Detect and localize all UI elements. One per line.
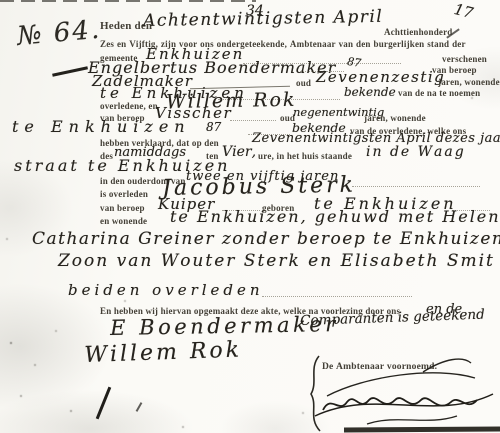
pen-slash-mark xyxy=(96,387,112,420)
hw-spouse-line: Catharina Greiner zonder beroep te Enkhu… xyxy=(32,231,500,248)
printed-is-overleden: is overleden xyxy=(100,190,148,199)
hw-deed-date: Achtentwintigsten April xyxy=(143,9,383,30)
hw-deceased-residence-spouse: te Enkhuizen, gehuwd met Helena xyxy=(170,209,500,225)
printed-overledene-en: overledene, en xyxy=(100,102,158,111)
hw-declarant1-relation: bekende xyxy=(344,86,396,98)
printed-achttienhonderd: Achttienhonderd xyxy=(384,28,453,37)
official-signature-upper-sweep xyxy=(327,373,475,396)
dotted-rule xyxy=(230,120,276,121)
pen-flourish-mark xyxy=(423,359,471,372)
official-signature-cross-stroke xyxy=(315,394,493,416)
signature-declarant2: Willem Rok xyxy=(84,339,242,366)
corner-pen-mark: 17 xyxy=(452,2,474,21)
hw-declarant2-residence: te Enkhuizen xyxy=(12,119,191,135)
printed-verschenen: verschenen xyxy=(442,55,487,64)
printed-van-beroep-3: van beroep xyxy=(100,204,145,213)
printed-van-de-na-te-noemen: van de na te noemen xyxy=(398,89,480,98)
hw-declarant1-age: Zevenenzestig xyxy=(316,70,445,85)
official-signature-underline xyxy=(367,416,457,424)
hw-parents-line: Zoon van Wouter Sterk en Elisabeth Smit xyxy=(58,253,495,270)
scan-noise-speckles xyxy=(0,0,2,2)
death-certificate-scan: № 64. 34 17 Heden den Achtentwintigsten … xyxy=(0,0,500,433)
dotted-rule xyxy=(262,296,412,297)
curly-brace-mark xyxy=(311,356,320,431)
act-number: № 64. xyxy=(16,17,102,50)
official-signature-area xyxy=(305,350,500,433)
printed-jaren-wonende-2: jaren, wonende xyxy=(364,114,426,123)
printed-en-wonende: en wonende xyxy=(100,217,147,226)
scan-top-edge-line xyxy=(0,0,256,2)
printed-jaren-wonende-1: jaren, wonende xyxy=(438,78,500,87)
printed-oud-1: oud xyxy=(296,79,311,88)
pen-tick-mark xyxy=(136,402,143,412)
dotted-rule xyxy=(352,186,480,187)
hw-declarant1-house-no: 87 xyxy=(346,56,361,69)
hw-parents-status: beiden overleden xyxy=(68,283,264,298)
hw-death-house: in de Waag xyxy=(366,145,466,159)
printed-ure-in-het-huis: ure, in het huis staande xyxy=(258,152,352,161)
pen-dash-mark xyxy=(52,66,88,76)
hw-declarant2-house-no: 87 xyxy=(206,121,221,133)
signature-declarant1: E Boendermaker xyxy=(110,314,339,339)
